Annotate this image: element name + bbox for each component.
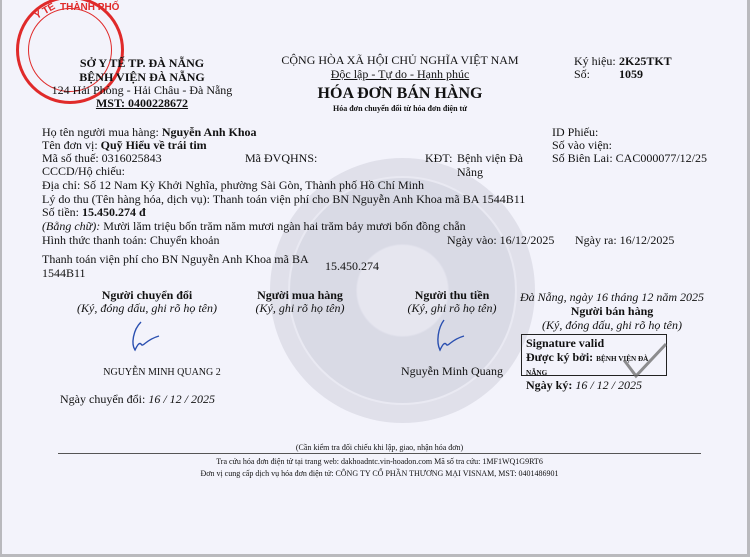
seller-place-date: Đà Nẵng, ngày 16 tháng 12 năm 2025 — [512, 290, 712, 304]
buyer-id-label: CCCD/Hộ chiếu: — [42, 164, 125, 178]
buyer-tax-value: 0316025843 — [102, 151, 162, 165]
amount-row: Số tiền: 15.450.274 đ — [42, 205, 146, 219]
buyer-unit-label: Tên đơn vị: — [42, 138, 98, 152]
amount-words-row: (Bằng chữ): Mười lăm triệu bốn trăm năm … — [42, 219, 466, 233]
buyer-name-row: Họ tên người mua hàng: Nguyễn Anh Khoa — [42, 125, 257, 139]
seller-note: (Ký, đóng dấu, ghi rõ họ tên) — [512, 318, 712, 332]
issuer-address: 124 Hải Phòng - Hải Châu - Đà Nẵng — [42, 83, 242, 97]
issuer-tax-code: MST: 0400228672 — [42, 96, 242, 110]
buyer-tax-label: Mã số thuế: — [42, 151, 99, 165]
date-in-row: Ngày vào: 16/12/2025 — [447, 233, 554, 247]
cashier-title: Người thu tiền — [382, 288, 522, 302]
receipt-number-label: Số Biên Lai: — [552, 151, 613, 165]
amount-words-value: Mười lăm triệu bốn trăm năm mươi ngàn ha… — [103, 219, 465, 233]
date-out-row: Ngày ra: 16/12/2025 — [575, 233, 674, 247]
ticket-id-label: ID Phiếu: — [552, 125, 598, 139]
reason-label: Lý do thu (Tên hàng hóa, dịch vụ): — [42, 192, 210, 206]
payment-row: Hình thức thanh toán: Chuyển khoản — [42, 233, 219, 247]
buyer-sign-note: (Ký, ghi rõ họ tên) — [230, 301, 370, 315]
buyer-unit-value: Quỹ Hiểu về trái tim — [101, 138, 207, 152]
admission-label: Số vào viện: — [552, 138, 612, 152]
department-label: KĐT: — [425, 151, 452, 165]
buyer-name-value: Nguyễn Anh Khoa — [162, 125, 257, 139]
buyer-name-label: Họ tên người mua hàng: — [42, 125, 159, 139]
lookup-info: Tra cứu hóa đơn điện tử tại trang web: d… — [58, 457, 701, 467]
number-value: 1059 — [619, 67, 643, 81]
reason-row: Lý do thu (Tên hàng hóa, dịch vụ): Thanh… — [42, 192, 525, 206]
converter-name: NGUYỄN MINH QUANG 2 — [62, 367, 262, 379]
receipt-number-value: CAC000077/12/25 — [616, 151, 707, 165]
buyer-tax-row: Mã số thuế: 0316025843 — [42, 151, 162, 165]
cashier-signature-icon — [432, 318, 472, 354]
sign-date-row: Ngày ký: 16 / 12 / 2025 — [526, 378, 662, 392]
date-out-value: 16/12/2025 — [620, 233, 675, 247]
issuer-department: SỞ Y TẾ TP. ĐÀ NẴNG — [42, 56, 242, 70]
symbol-value: 2K25TKT — [619, 54, 672, 68]
number-label: Số: — [574, 67, 590, 81]
footer-divider — [58, 453, 701, 454]
signed-by-label: Được ký bởi: — [526, 350, 593, 364]
cashier-name: Nguyễn Minh Quang — [382, 364, 522, 378]
invoice-title: HÓA ĐƠN BÁN HÀNG — [280, 84, 520, 103]
buyer-address-label: Địa chỉ: — [42, 178, 80, 192]
amount-words-label: (Bằng chữ): — [42, 219, 100, 233]
buyer-address-value: Số 12 Nam Kỳ Khởi Nghĩa, phường Sài Gòn,… — [83, 178, 424, 192]
date-in-label: Ngày vào: — [447, 233, 497, 247]
symbol-label: Ký hiệu: — [574, 54, 616, 68]
amount-value: 15.450.274 đ — [82, 205, 146, 219]
buyer-address-row: Địa chỉ: Số 12 Nam Kỳ Khởi Nghĩa, phường… — [42, 178, 424, 192]
conversion-date-value: 16 / 12 / 2025 — [148, 392, 215, 406]
converter-note: (Ký, đóng dấu, ghi rõ họ tên) — [62, 301, 232, 315]
country-name: CỘNG HÒA XÃ HỘI CHỦ NGHĨA VIỆT NAM — [280, 53, 520, 67]
payment-label: Hình thức thanh toán: — [42, 233, 147, 247]
stamp-label: THÀNH PHỐ — [60, 2, 119, 13]
conversion-date-label: Ngày chuyển đổi: — [60, 392, 145, 406]
sign-date-label: Ngày ký: — [526, 378, 572, 392]
conversion-date-row: Ngày chuyển đổi: 16 / 12 / 2025 — [60, 392, 215, 406]
department-value: Bệnh viện Đà Nẵng — [457, 151, 537, 179]
check-note: (Cần kiểm tra đối chiếu khi lập, giao, n… — [58, 443, 701, 453]
provider-info: Đơn vị cung cấp dịch vụ hóa đơn điện tử:… — [58, 469, 701, 479]
valid-checkmark-icon — [620, 340, 670, 380]
buyer-sign-title: Người mua hàng — [230, 288, 370, 302]
sign-date-value: 16 / 12 / 2025 — [575, 378, 642, 392]
budget-code-label: Mã ĐVQHNS: — [245, 151, 317, 165]
converter-title: Người chuyển đổi — [62, 288, 232, 302]
national-motto: Độc lập - Tự do - Hạnh phúc — [280, 67, 520, 81]
line-item-amount: 15.450.274 — [325, 259, 379, 273]
receipt-number-row: Số Biên Lai: CAC000077/12/25 — [552, 151, 707, 165]
reason-value: Thanh toán viện phí cho BN Nguyễn Anh Kh… — [213, 192, 526, 206]
invoice-subtitle: Hóa đơn chuyển đổi từ hóa đơn điện tử — [280, 104, 520, 114]
date-out-label: Ngày ra: — [575, 233, 617, 247]
issuer-name: BỆNH VIỆN ĐÀ NẴNG — [42, 70, 242, 84]
converter-signature-icon — [127, 320, 167, 354]
amount-label: Số tiền: — [42, 205, 79, 219]
line-item-description: Thanh toán viện phí cho BN Nguyễn Anh Kh… — [42, 252, 342, 280]
payment-value: Chuyển khoản — [150, 233, 220, 247]
buyer-unit-row: Tên đơn vị: Quỹ Hiểu về trái tim — [42, 138, 207, 152]
cashier-note: (Ký, ghi rõ họ tên) — [382, 301, 522, 315]
date-in-value: 16/12/2025 — [500, 233, 555, 247]
invoice-page: Y TẾ THÀNH PHỐ SỞ Y TẾ TP. ĐÀ NẴNG BỆNH … — [2, 0, 747, 554]
seller-title: Người bán hàng — [512, 304, 712, 318]
